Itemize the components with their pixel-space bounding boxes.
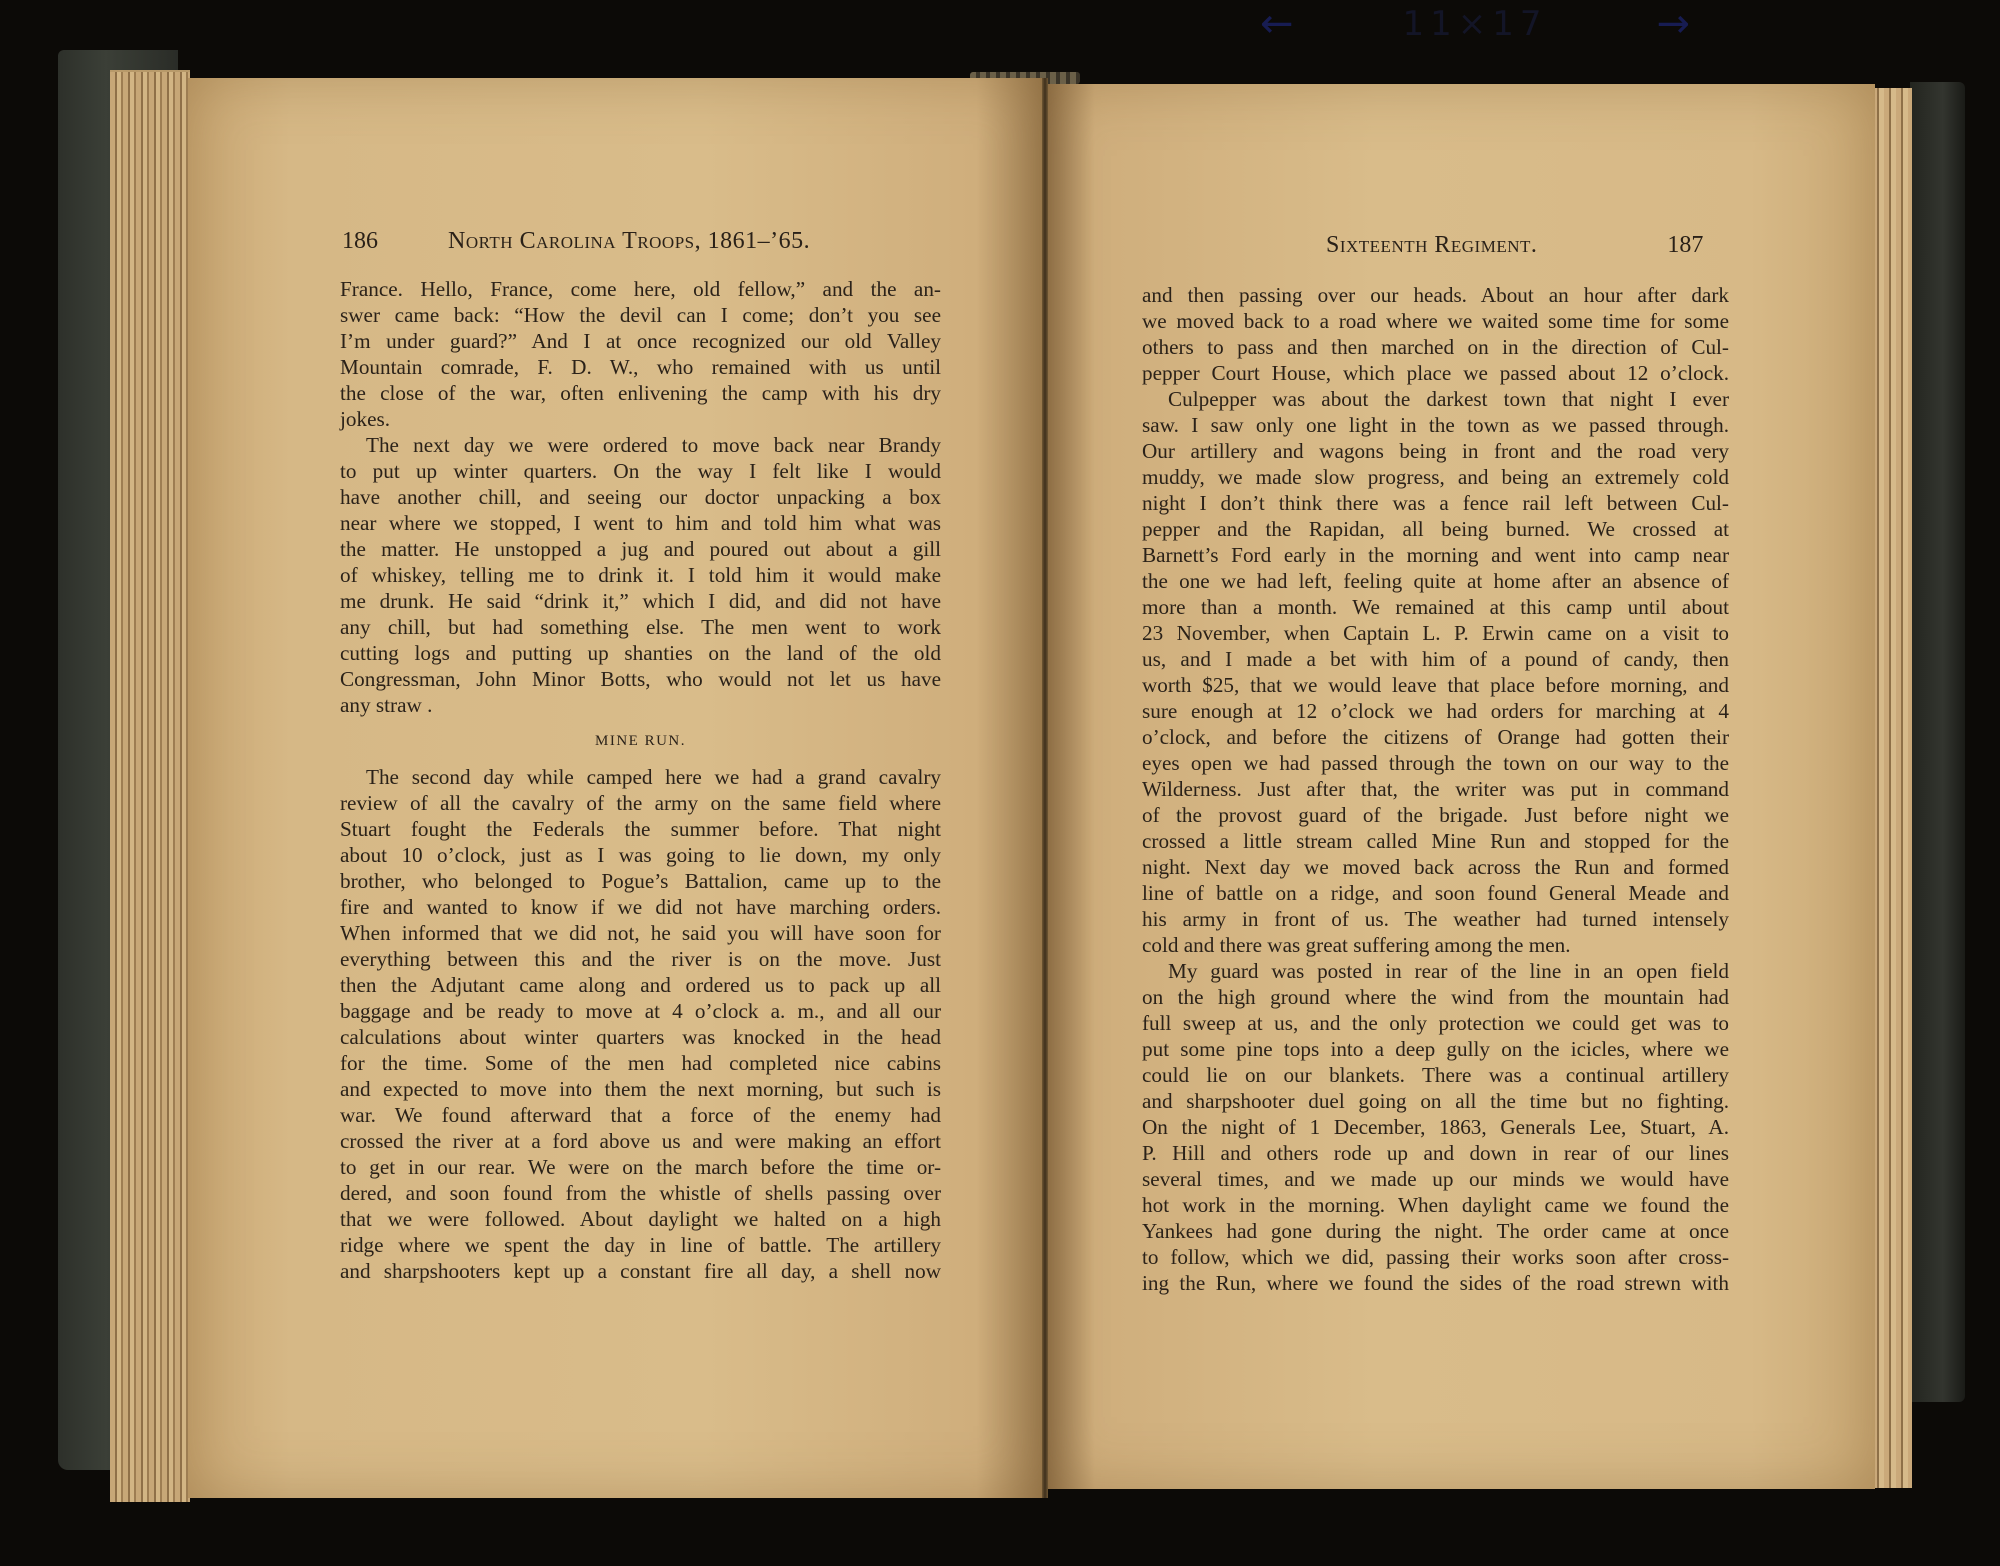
text-line: we moved back to a road where we waited …	[1142, 308, 1729, 334]
text-line: to put up winter quarters. On the way I …	[340, 458, 941, 484]
book-cover-right	[1910, 82, 1965, 1402]
text-line: night. Next day we moved back across the…	[1142, 854, 1729, 880]
text-line: 23 November, when Captain L. P. Erwin ca…	[1142, 620, 1729, 646]
text-line: more than a month. We remained at this c…	[1142, 594, 1729, 620]
text-line: pepper and the Rapidan, all being burned…	[1142, 516, 1729, 542]
text-line: that we were followed. About daylight we…	[340, 1206, 941, 1232]
text-line: any chill, but had something else. The m…	[340, 614, 941, 640]
left-page-header: 186 North Carolina Troops, 1861–’65.	[342, 228, 810, 255]
left-running-title: North Carolina Troops, 1861–’65.	[448, 228, 810, 254]
text-line: could lie on our blankets. There was a c…	[1142, 1062, 1729, 1088]
left-page-number: 186	[342, 228, 378, 254]
text-line: cutting logs and putting up shanties on …	[340, 640, 941, 666]
text-line: Culpepper was about the darkest town tha…	[1142, 386, 1729, 412]
text-line: war. We found afterward that a force of …	[340, 1102, 941, 1128]
text-line: Our artillery and wagons being in front …	[1142, 438, 1729, 464]
text-line: Barnett’s Ford early in the morning and …	[1142, 542, 1729, 568]
text-line: eyes open we had passed through the town…	[1142, 750, 1729, 776]
text-line: night I don’t think there was a fence ra…	[1142, 490, 1729, 516]
text-line: everything between this and the river is…	[340, 946, 941, 972]
text-line: the close of the war, often enlivening t…	[340, 380, 941, 406]
text-line: us, and I made a bet with him of a pound…	[1142, 646, 1729, 672]
text-line: brother, who belonged to Pogue’s Battali…	[340, 868, 941, 894]
text-line: o’clock, and before the citizens of Oran…	[1142, 724, 1729, 750]
text-line: line of battle on a ridge, and soon foun…	[1142, 880, 1729, 906]
text-line: Yankees had gone during the night. The o…	[1142, 1218, 1729, 1244]
text-line: hot work in the morning. When daylight c…	[1142, 1192, 1729, 1218]
text-line: jokes.	[340, 406, 941, 432]
book-gutter	[1042, 78, 1048, 1498]
right-running-title: Sixteenth Regiment.	[1326, 232, 1537, 258]
text-line: have another chill, and seeing our docto…	[340, 484, 941, 510]
right-page-header: Sixteenth Regiment. 187	[1326, 232, 1703, 259]
text-line: Stuart fought the Federals the summer be…	[340, 816, 941, 842]
text-line: muddy, we made slow progress, and being …	[1142, 464, 1729, 490]
text-line: cold and there was great suffering among…	[1142, 932, 1729, 958]
left-page-text: France. Hello, France, come here, old fe…	[340, 276, 941, 1284]
text-line: dered, and soon found from the whistle o…	[340, 1180, 941, 1206]
text-line: for the time. Some of the men had comple…	[340, 1050, 941, 1076]
text-line: near where we stopped, I went to him and…	[340, 510, 941, 536]
text-line: and sharpshooter duel going on all the t…	[1142, 1088, 1729, 1114]
right-page-number: 187	[1667, 232, 1703, 258]
section-heading: MINE RUN.	[340, 728, 941, 754]
text-line: and sharpshooters kept up a constant fir…	[340, 1258, 941, 1284]
text-line: any straw .	[340, 692, 941, 718]
text-line: P. Hill and others rode up and down in r…	[1142, 1140, 1729, 1166]
text-line: sure enough at 12 o’clock we had orders …	[1142, 698, 1729, 724]
text-line: fire and wanted to know if we did not ha…	[340, 894, 941, 920]
text-line: and then passing over our heads. About a…	[1142, 282, 1729, 308]
text-line: crossed a little stream called Mine Run …	[1142, 828, 1729, 854]
text-line: The next day we were ordered to move bac…	[340, 432, 941, 458]
text-line: ridge where we spent the day in line of …	[340, 1232, 941, 1258]
page-stack-left	[110, 70, 190, 1502]
text-line: worth $25, that we would leave that plac…	[1142, 672, 1729, 698]
text-line: pepper Court House, which place we passe…	[1142, 360, 1729, 386]
text-line: full sweep at us, and the only protectio…	[1142, 1010, 1729, 1036]
text-line: saw. I saw only one light in the town as…	[1142, 412, 1729, 438]
page-stack-right	[1872, 88, 1912, 1488]
text-line: Wilderness. Just after that, the writer …	[1142, 776, 1729, 802]
text-line: put some pine tops into a deep gully on …	[1142, 1036, 1729, 1062]
text-line: others to pass and then marched on in th…	[1142, 334, 1729, 360]
text-line: review of all the cavalry of the army on…	[340, 790, 941, 816]
text-line: of the provost guard of the brigade. Jus…	[1142, 802, 1729, 828]
right-page-text: and then passing over our heads. About a…	[1142, 282, 1729, 1296]
text-line: me drunk. He said “drink it,” which I di…	[340, 588, 941, 614]
text-line: then the Adjutant came along and ordered…	[340, 972, 941, 998]
text-line: to follow, which we did, passing their w…	[1142, 1244, 1729, 1270]
text-line: baggage and be ready to move at 4 o’cloc…	[340, 998, 941, 1024]
text-line: of whiskey, telling me to drink it. I to…	[340, 562, 941, 588]
text-line: The second day while camped here we had …	[340, 764, 941, 790]
text-line: his army in front of us. The weather had…	[1142, 906, 1729, 932]
text-line: calculations about winter quarters was k…	[340, 1024, 941, 1050]
text-line: On the night of 1 December, 1863, Genera…	[1142, 1114, 1729, 1140]
text-line: My guard was posted in rear of the line …	[1142, 958, 1729, 984]
text-line: several times, and we made up our minds …	[1142, 1166, 1729, 1192]
scan-size-marker: ← 11×17 →	[1260, 4, 1690, 44]
text-line: on the high ground where the wind from t…	[1142, 984, 1729, 1010]
text-line: about 10 o’clock, just as I was going to…	[340, 842, 941, 868]
text-line: to get in our rear. We were on the march…	[340, 1154, 941, 1180]
text-line: the matter. He unstopped a jug and poure…	[340, 536, 941, 562]
text-line: Mountain comrade, F. D. W., who remained…	[340, 354, 941, 380]
text-line: and expected to move into them the next …	[340, 1076, 941, 1102]
text-line: Congressman, John Minor Botts, who would…	[340, 666, 941, 692]
text-line: swer came back: “How the devil can I com…	[340, 302, 941, 328]
right-arrow-icon: →	[1656, 1, 1690, 47]
text-line: When informed that we did not, he said y…	[340, 920, 941, 946]
left-arrow-icon: ←	[1260, 1, 1294, 47]
text-line: ing the Run, where we found the sides of…	[1142, 1270, 1729, 1296]
text-line: crossed the river at a ford above us and…	[340, 1128, 941, 1154]
scan-size-label: 11×17	[1402, 4, 1547, 44]
text-line: France. Hello, France, come here, old fe…	[340, 276, 941, 302]
text-line: I’m under guard?” And I at once recogniz…	[340, 328, 941, 354]
text-line: the one we had left, feeling quite at ho…	[1142, 568, 1729, 594]
